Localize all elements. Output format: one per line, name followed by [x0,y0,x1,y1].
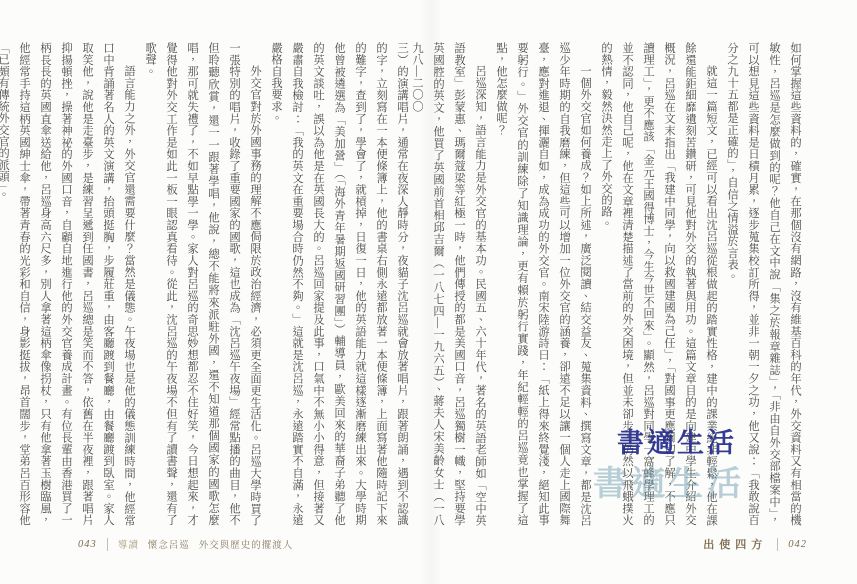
paragraph: 三）的演講唱片，通常在夜深人靜時分，夜貓子沈呂巡就會放著唱片，跟著朗誦，遇到不認… [265,42,412,526]
page-number-042: 042 [788,539,807,550]
paragraph: 就這一篇短文，已經可以看出沈呂巡從根做起的踏實性格，建中的課業絕非輕鬆，他在課餘… [595,42,721,526]
paragraph: 語言能力之外，外交官還需要什麼？當然是儀態。午夜場也是他的儀態訓練時間，他經常口… [0,42,139,526]
footer-divider [777,538,778,551]
paragraph: 外交官對於外國事務的理解不應侷限於政治經濟，必須更全面更生活化。呂巡大學時買了一… [139,42,265,526]
paragraph: 如何掌握這些資料的，確實，在那個沒有網路，沒有維基百科的年代，外交資料又有相當的… [721,42,805,526]
chapter-subtitle: 外交與歷史的擺渡人 [199,537,294,551]
footer-right: 出使四方 042 [703,535,807,553]
page-number-043: 043 [78,539,97,550]
footer-divider [107,538,108,551]
chapter-title: 懷念呂巡 [148,537,190,551]
paragraph: 一個外交官如何養成？如上所述，廣泛閱讀、結交益友、蒐集資料、撰寫文章，都是沈呂巡… [490,42,595,526]
footer-left: 043 導讀 懷念呂巡 外交與歷史的擺渡人 [78,535,293,553]
chapter-label: 導讀 [118,537,139,551]
page-043-body: 三）的演講唱片，通常在夜深人靜時分，夜貓子沈呂巡就會放著唱片，跟著朗誦，遇到不認… [24,42,412,526]
page-042-body: 如何掌握這些資料的，確實，在那個沒有網路，沒有維基百科的年代，外交資料又有相當的… [449,42,805,526]
book-spread: 如何掌握這些資料的，確實，在那個沒有網路，沒有維基百科的年代，外交資料又有相當的… [0,0,857,584]
running-title: 出使四方 [703,536,767,552]
paragraph: 呂巡深知，語言能力是外交官的基本功。民國五、六十年代，著名的英語老師如「空中英語… [406,42,490,526]
